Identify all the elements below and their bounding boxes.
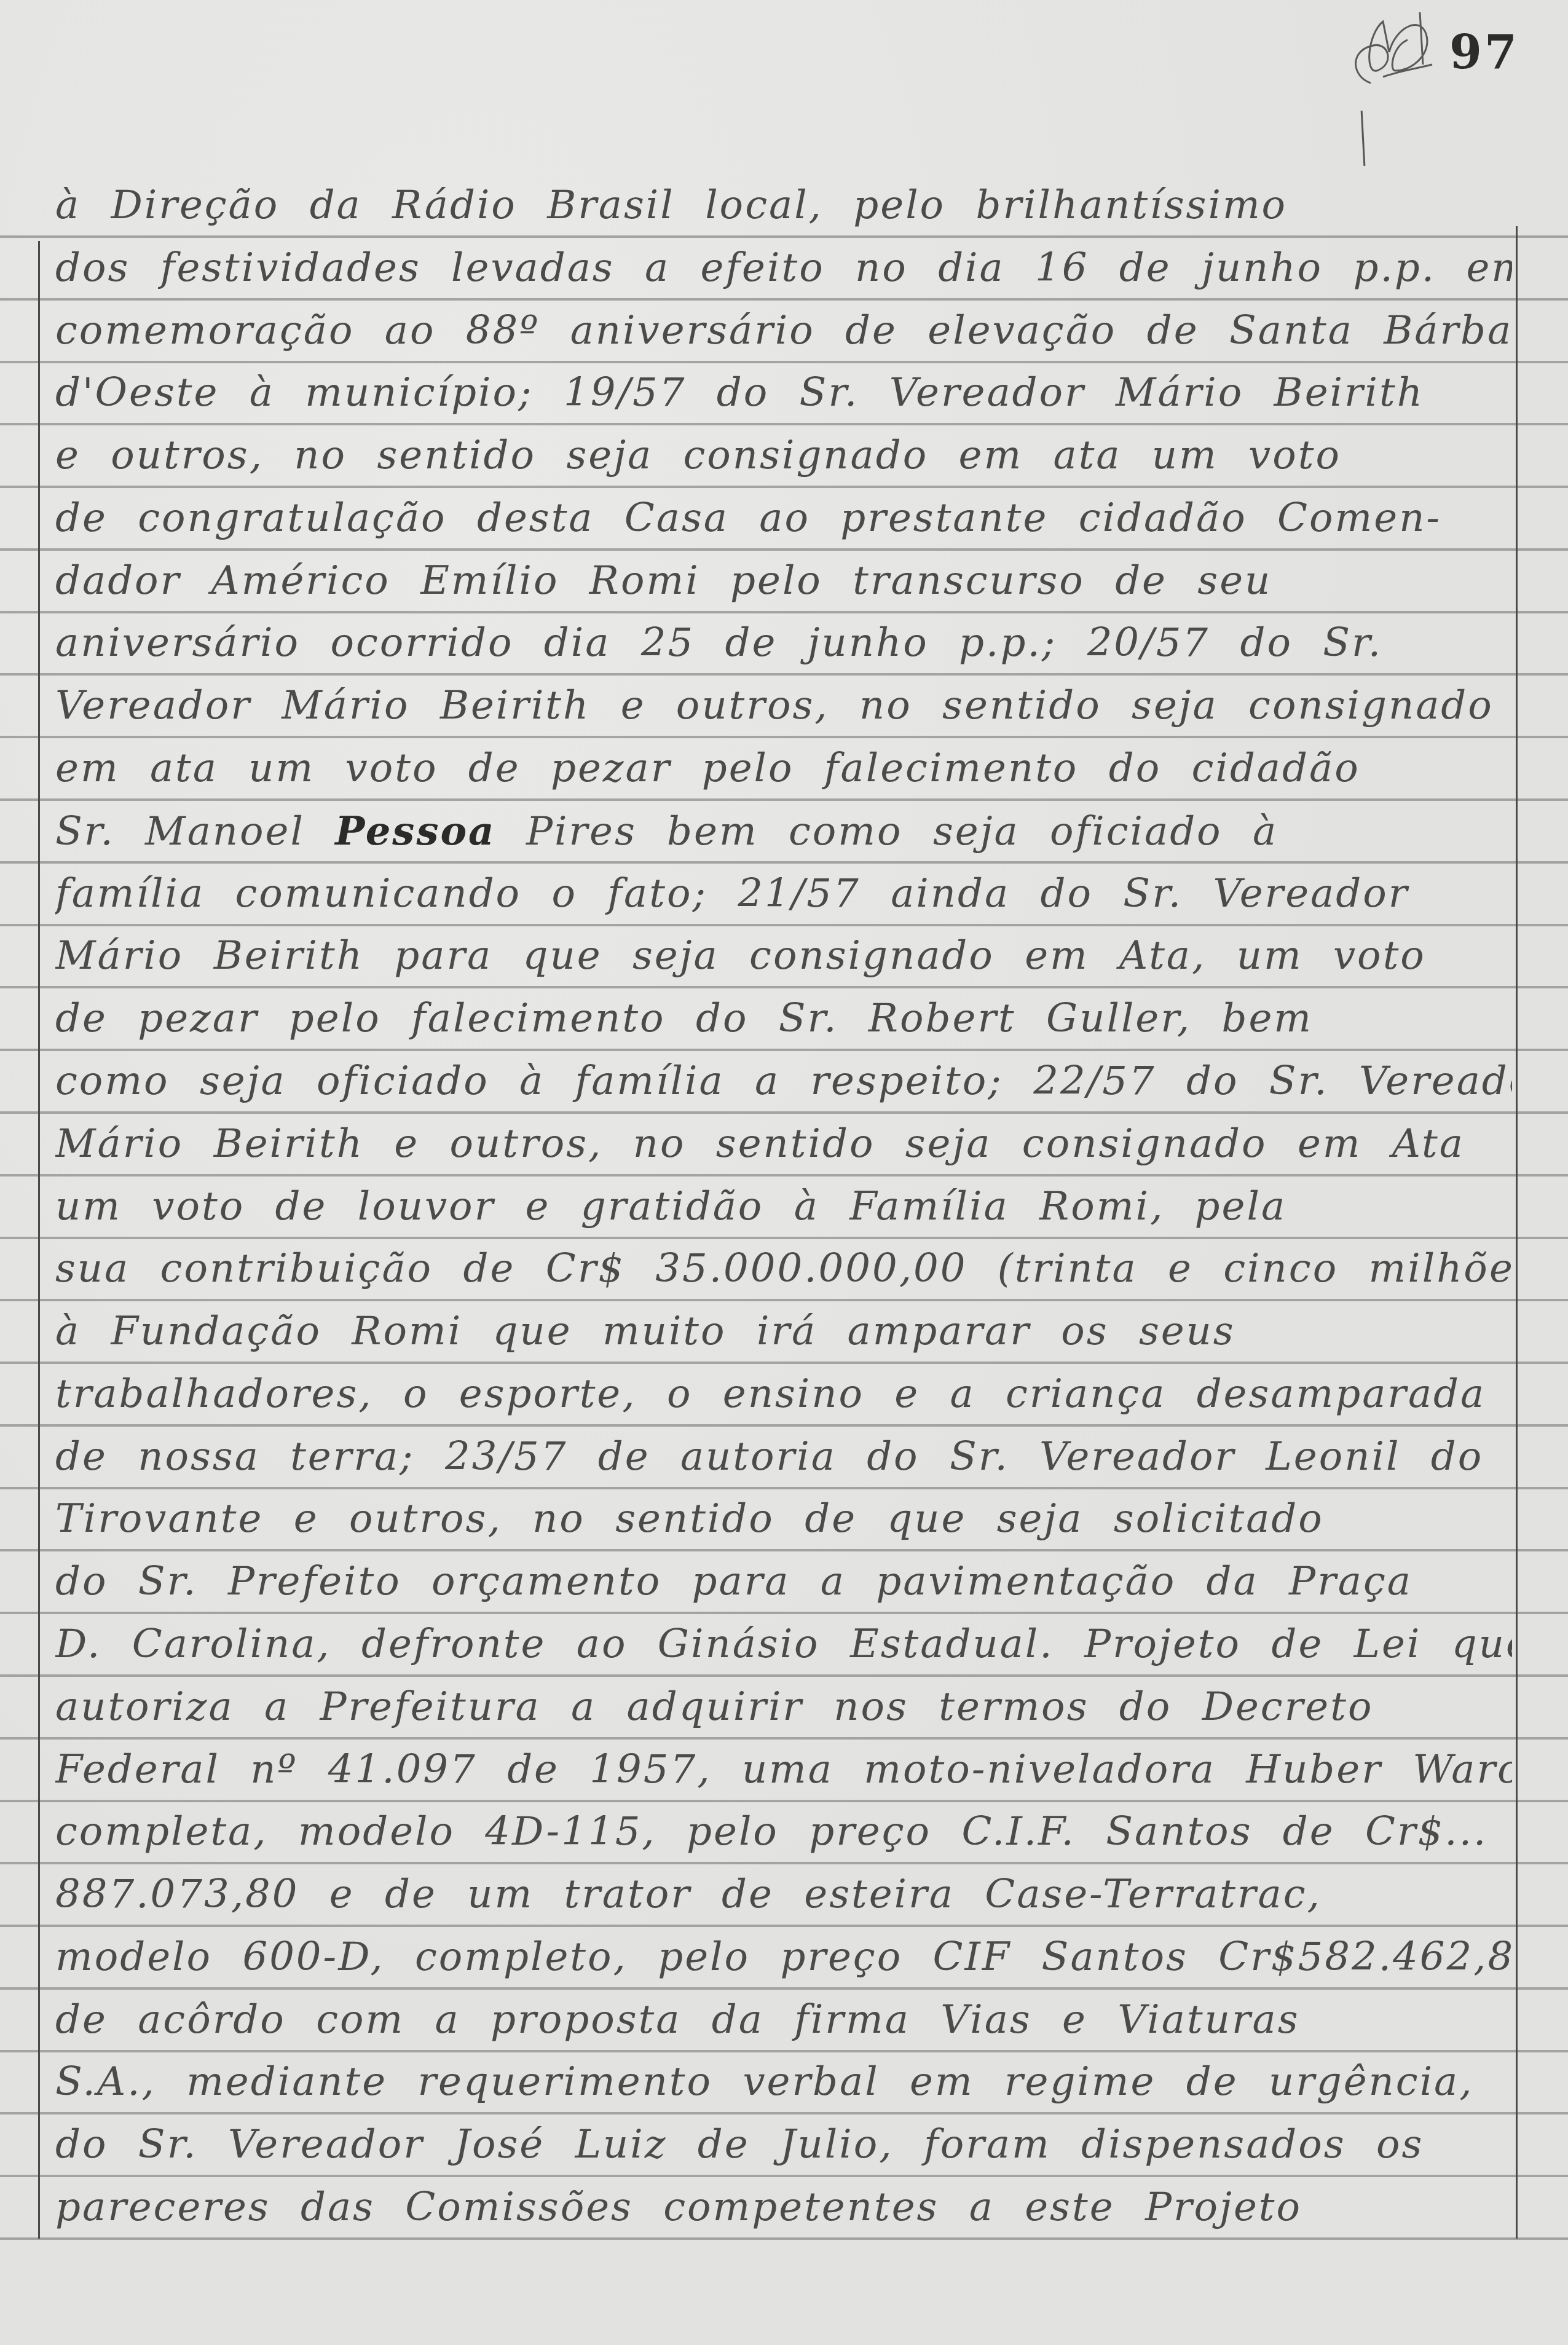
- ruled-line: [0, 924, 1568, 926]
- ruled-line: [0, 2112, 1568, 2114]
- page-number: 97: [1449, 25, 1519, 79]
- emphasized-name: Pessoa: [335, 808, 495, 854]
- handwritten-line: Tirovante e outros, no sentido de que se…: [55, 1496, 1512, 1542]
- handwritten-line: de congratulação desta Casa ao prestante…: [55, 495, 1512, 541]
- handwritten-line: dos festividades levadas a efeito no dia…: [55, 245, 1512, 291]
- handwritten-line: do Sr. Prefeito orçamento para a pavimen…: [55, 1559, 1512, 1604]
- ruled-line: [0, 1674, 1568, 1677]
- handwritten-line: em ata um voto de pezar pelo falecimento…: [55, 746, 1512, 791]
- handwritten-line: Mário Beirith para que seja consignado e…: [55, 933, 1512, 979]
- ruled-line: [0, 235, 1568, 238]
- ruled-line: [0, 2050, 1568, 2052]
- ruled-line: [0, 736, 1568, 738]
- handwritten-line: trabalhadores, o esporte, o ensino e a c…: [55, 1371, 1512, 1417]
- ruled-line: [0, 1237, 1568, 1239]
- handwritten-line: D. Carolina, defronte ao Ginásio Estadua…: [55, 1622, 1512, 1667]
- ruled-line: [0, 1862, 1568, 1864]
- ruled-line: [0, 1737, 1568, 1740]
- handwritten-line: pareceres das Comissões competentes a es…: [55, 2185, 1512, 2230]
- ruled-line: [0, 1549, 1568, 1551]
- ruled-line: [0, 798, 1568, 801]
- handwritten-line: um voto de louvor e gratidão à Família R…: [55, 1184, 1512, 1229]
- ruled-line: [0, 673, 1568, 676]
- ruled-line: [0, 1424, 1568, 1427]
- right-margin-line: [1516, 226, 1518, 2239]
- handwritten-line: do Sr. Vereador José Luiz de Julio, fora…: [55, 2122, 1512, 2167]
- handwritten-line: e outros, no sentido seja consignado em …: [55, 433, 1512, 478]
- handwritten-line: de pezar pelo falecimento do Sr. Robert …: [55, 996, 1512, 1041]
- initials-signature-icon: [1346, 9, 1438, 95]
- handwritten-line: de acôrdo com a proposta da firma Vias e…: [55, 1997, 1512, 2043]
- ruled-line: [0, 2175, 1568, 2177]
- handwritten-line: completa, modelo 4D-115, pelo preço C.I.…: [55, 1809, 1512, 1854]
- ruled-line: [0, 1800, 1568, 1802]
- ruled-line: [0, 986, 1568, 988]
- ruled-line: [0, 1925, 1568, 1927]
- handwritten-line: comemoração ao 88º aniversário de elevaç…: [55, 308, 1512, 353]
- ruled-line: [0, 1612, 1568, 1614]
- handwritten-line: Sr. Manoel Pessoa Pires bem como seja of…: [55, 808, 1512, 854]
- ruled-line: [0, 548, 1568, 551]
- ruled-line: [0, 1487, 1568, 1489]
- ruled-line: [0, 1362, 1568, 1364]
- ruled-line: [0, 423, 1568, 425]
- handwritten-line: aniversário ocorrido dia 25 de junho p.p…: [55, 620, 1512, 666]
- handwritten-line: S.A., mediante requerimento verbal em re…: [55, 2059, 1512, 2105]
- handwritten-line: Vereador Mário Beirith e outros, no sent…: [55, 683, 1512, 728]
- ruled-line: [0, 2237, 1568, 2240]
- handwritten-line: de nossa terra; 23/57 de autoria do Sr. …: [55, 1434, 1512, 1480]
- ruled-line: [0, 1174, 1568, 1176]
- handwritten-line: autoriza a Prefeitura a adquirir nos ter…: [55, 1684, 1512, 1730]
- ruled-line: [0, 1111, 1568, 1114]
- ruled-line: [0, 1299, 1568, 1301]
- handwritten-line: 887.073,80 e de um trator de esteira Cas…: [55, 1872, 1512, 1917]
- ruled-line: [0, 861, 1568, 864]
- ruled-line: [0, 1987, 1568, 1990]
- handwritten-line: Mário Beirith e outros, no sentido seja …: [55, 1121, 1512, 1167]
- handwritten-line: dador Américo Emílio Romi pelo transcurs…: [55, 558, 1512, 604]
- handwritten-line: d'Oeste à município; 19/57 do Sr. Veread…: [55, 370, 1512, 416]
- handwritten-line: como seja oficiado à família a respeito;…: [55, 1058, 1512, 1104]
- ruled-line: [0, 611, 1568, 613]
- ruled-line: [0, 298, 1568, 301]
- handwritten-line: à Fundação Romi que muito irá amparar os…: [55, 1309, 1512, 1354]
- ruled-line: [0, 361, 1568, 363]
- handwritten-line: à Direção da Rádio Brasil local, pelo br…: [55, 183, 1512, 228]
- ruled-line: [0, 1049, 1568, 1051]
- handwritten-line: sua contribuição de Cr$ 35.000.000,00 (t…: [55, 1246, 1512, 1291]
- handwritten-line: modelo 600-D, completo, pelo preço CIF S…: [55, 1934, 1512, 1980]
- handwritten-line: Federal nº 41.097 de 1957, uma moto-nive…: [55, 1747, 1512, 1792]
- ruled-line: [0, 486, 1568, 488]
- handwritten-line: família comunicando o fato; 21/57 ainda …: [55, 871, 1512, 916]
- left-margin-line: [38, 241, 40, 2239]
